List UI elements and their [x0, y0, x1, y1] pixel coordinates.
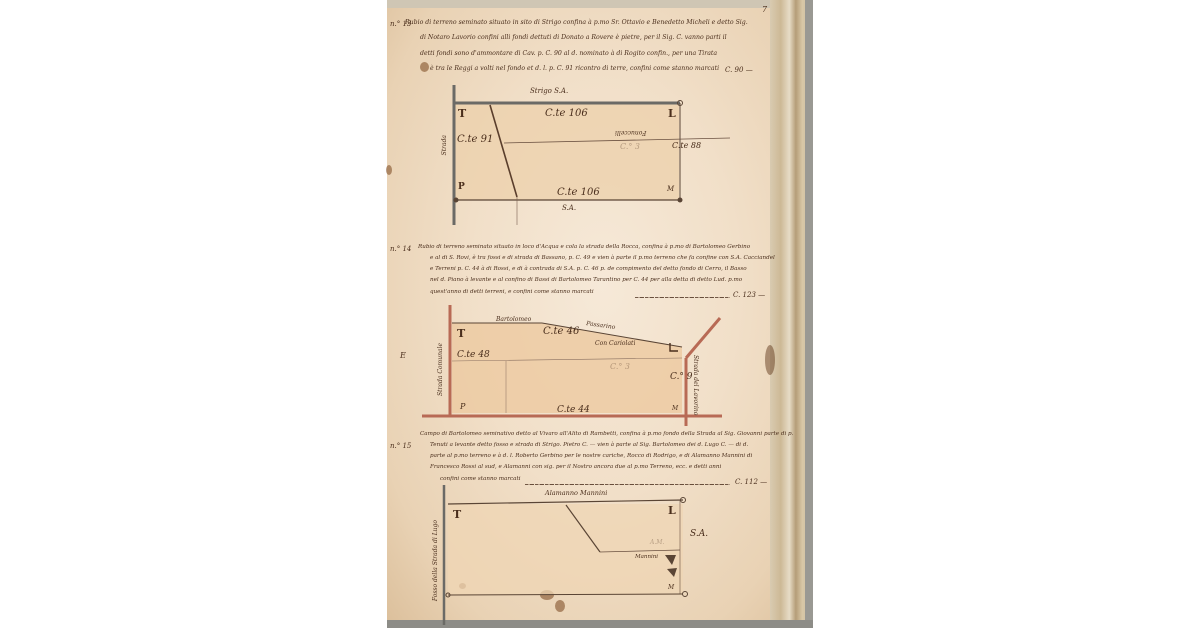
- rule-line: [635, 297, 730, 298]
- text-line: di Notaro Lavorio confini alli fondi det…: [420, 35, 727, 41]
- corner-t: T: [458, 108, 466, 119]
- corner-p: P: [460, 403, 465, 411]
- corner-t: T: [457, 328, 465, 339]
- entry-total: C. 123 —: [733, 291, 765, 299]
- plot-label: A.M.: [650, 540, 664, 546]
- plot-diagram-14: Bartolomeo Passarino Strada Comunale Str…: [420, 303, 740, 433]
- plot-label: Mannini: [635, 555, 658, 561]
- plot-diagram-15: Alamanno Mannini Fosso della Strada di L…: [420, 485, 740, 625]
- corner-m: M: [667, 186, 674, 193]
- corner-t: T: [453, 509, 461, 520]
- plot-label: C.te 48: [457, 351, 490, 360]
- text-line: e Terreni p. C. 44 à di Rossi, e di à co…: [430, 267, 747, 273]
- plot-top-label: Strigo S.A.: [530, 88, 568, 95]
- plot-label: Fonuccelli: [615, 129, 646, 135]
- plot-label: C.te 106: [557, 188, 600, 198]
- plot-label: C.te 106: [545, 109, 588, 119]
- plot-outline: [420, 485, 740, 625]
- plot-top-label: Alamanno Mannini: [545, 490, 607, 497]
- text-line: confini come stanno marcati: [440, 477, 521, 483]
- text-line: quest'anno di detti terreni, e confini c…: [430, 290, 594, 296]
- plot-left-label: Strada: [442, 135, 448, 155]
- plot-label: C.° 9: [670, 373, 693, 382]
- plot-diagram-13: Strigo S.A. Strada T L P M C.te 106 C.te…: [440, 85, 740, 225]
- area-label: C.° 3: [620, 143, 640, 151]
- corner-m: M: [672, 406, 678, 412]
- plot-left-label: Strada Comunale: [438, 343, 444, 396]
- plot-label: Con Cariolati: [595, 341, 635, 347]
- corner-l: L: [668, 505, 676, 516]
- plot-label: C.te 88: [672, 142, 701, 150]
- plot-right-label: Strada del Lavorino: [692, 355, 698, 415]
- text-line: e al di S. Rovi, è tra fossi e di strada…: [430, 256, 775, 262]
- plot-top-label: Bartolomeo: [496, 317, 531, 323]
- ink-stain: [386, 165, 392, 175]
- entry-number: n.° 14: [390, 245, 411, 253]
- ink-stain: [765, 345, 775, 375]
- folio-number: 7: [762, 5, 767, 14]
- plot-label: C.te 46: [543, 327, 579, 337]
- text-line: detti fondi sono d'ammontare di Cav. p. …: [420, 51, 717, 57]
- plot-label: C.te 91: [457, 135, 493, 145]
- plot-label: S.A.: [562, 205, 576, 212]
- plot-label: C.te 44: [557, 406, 590, 415]
- margin-note-text: E: [400, 352, 406, 360]
- binding-shadow: [805, 0, 813, 628]
- text-line: Campo di Bartolomeo seminativo detto al …: [420, 432, 793, 438]
- area-label: C.° 3: [610, 363, 630, 371]
- text-line: nel d. Piano à levante e al confino di B…: [430, 278, 742, 284]
- corner-m: M: [668, 585, 674, 591]
- corner-l: L: [668, 108, 676, 119]
- corner-p: P: [458, 183, 465, 192]
- plot-label: S.A.: [690, 530, 708, 539]
- plot-left-label: Fosso della Strada di Lugo: [433, 520, 439, 601]
- entry-total: C. 90 —: [725, 66, 753, 74]
- entry-number: n.° 15: [390, 442, 411, 450]
- text-line: è tra le Reggi a volti nel fondo et d. l…: [430, 66, 719, 72]
- text-line: Francesco Rossi al sud, e Alamanni con s…: [430, 465, 721, 471]
- text-line: Rubio di terreno seminato situato in loc…: [418, 245, 750, 251]
- plot-outline: [440, 85, 740, 225]
- text-line: parte al p.mo terreno e à d. l. Roberto …: [430, 454, 752, 460]
- text-line: Tenuti a levante detto fosso e strada di…: [430, 443, 748, 449]
- text-line: Rubio di terreno seminato situato in sit…: [405, 20, 748, 26]
- ink-stain: [420, 62, 429, 72]
